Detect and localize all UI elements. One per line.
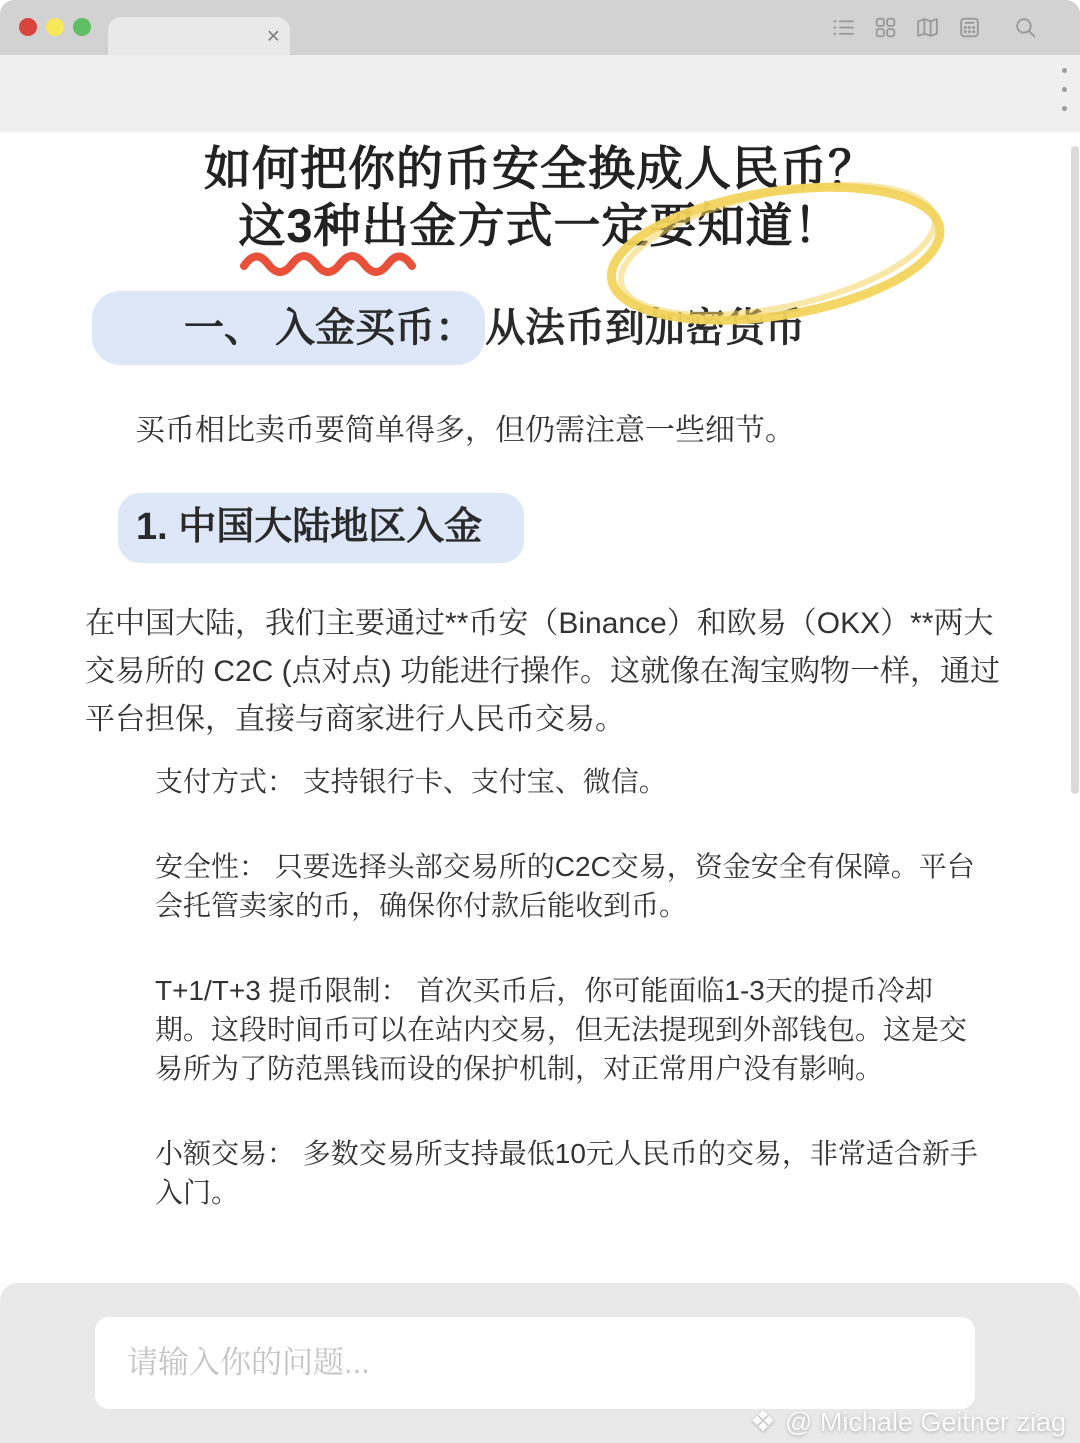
page-header-strip <box>0 55 1080 132</box>
minimize-window-button[interactable] <box>46 18 64 36</box>
bullet-payment-methods: 支付方式： 支持银行卡、支付宝、微信。 <box>155 762 985 801</box>
article-title: 如何把你的币安全换成人民币？ 这3种出金方式一定要知道！ <box>0 132 1080 254</box>
tab-close-icon[interactable]: × <box>267 25 280 48</box>
list-icon[interactable] <box>831 15 856 40</box>
section-heading-highlighted: 一、 入金买币： <box>92 291 485 365</box>
browser-tab[interactable]: × <box>108 17 290 55</box>
bullet-small-trades: 小额交易： 多数交易所支持最低10元人民币的交易，非常适合新手入门。 <box>155 1134 985 1212</box>
calculator-icon[interactable] <box>957 15 982 40</box>
intro-paragraph: 买币相比卖币要简单得多，但仍需注意一些细节。 <box>135 410 985 452</box>
subsection-heading: 1. 中国大陆地区入金 <box>118 502 1080 552</box>
binance-diamond-icon: ❖ <box>750 1408 776 1437</box>
section-heading-rest: 从法币到加密货币 <box>485 306 805 350</box>
bullet-security: 安全性： 只要选择头部交易所的C2C交易，资金安全有保障。平台会托管卖家的币，确… <box>155 847 985 925</box>
browser-window: × <box>0 0 1080 1443</box>
body-paragraph: 在中国大陆，我们主要通过**币安（Binance）和欧易（OKX）**两大交易所… <box>85 600 1002 744</box>
close-window-button[interactable] <box>19 18 37 36</box>
grid-icon[interactable] <box>873 15 898 40</box>
title-line-1: 如何把你的币安全换成人民币？ <box>0 140 1080 197</box>
section-heading: 一、 入金买币：从法币到加密货币 <box>92 302 1080 354</box>
article: 如何把你的币安全换成人民币？ 这3种出金方式一定要知道！ 一、 入金买币：从法币… <box>0 132 1080 1260</box>
watermark-text: @ Michale Geitner ziag <box>785 1407 1066 1438</box>
subsection-heading-highlighted: 1. 中国大陆地区入金 <box>118 493 524 563</box>
kebab-menu-icon[interactable] <box>1062 68 1067 111</box>
map-icon[interactable] <box>915 15 940 40</box>
watermark: ❖ @ Michale Geitner ziag <box>750 1407 1066 1438</box>
window-titlebar: × <box>0 0 1080 55</box>
zoom-window-button[interactable] <box>73 18 91 36</box>
question-input[interactable] <box>95 1317 975 1409</box>
titlebar-toolbar <box>831 15 1038 40</box>
search-icon[interactable] <box>1013 15 1038 40</box>
traffic-lights <box>19 18 91 36</box>
question-panel: ❖ @ Michale Geitner ziag <box>0 1283 1080 1443</box>
bullet-withdrawal-limit: T+1/T+3 提币限制： 首次买币后，你可能面临1-3天的提币冷却期。这段时间… <box>155 971 985 1088</box>
bullet-list: 支付方式： 支持银行卡、支付宝、微信。 安全性： 只要选择头部交易所的C2C交易… <box>155 762 985 1212</box>
title-line-2: 这3种出金方式一定要知道！ <box>0 197 1080 254</box>
